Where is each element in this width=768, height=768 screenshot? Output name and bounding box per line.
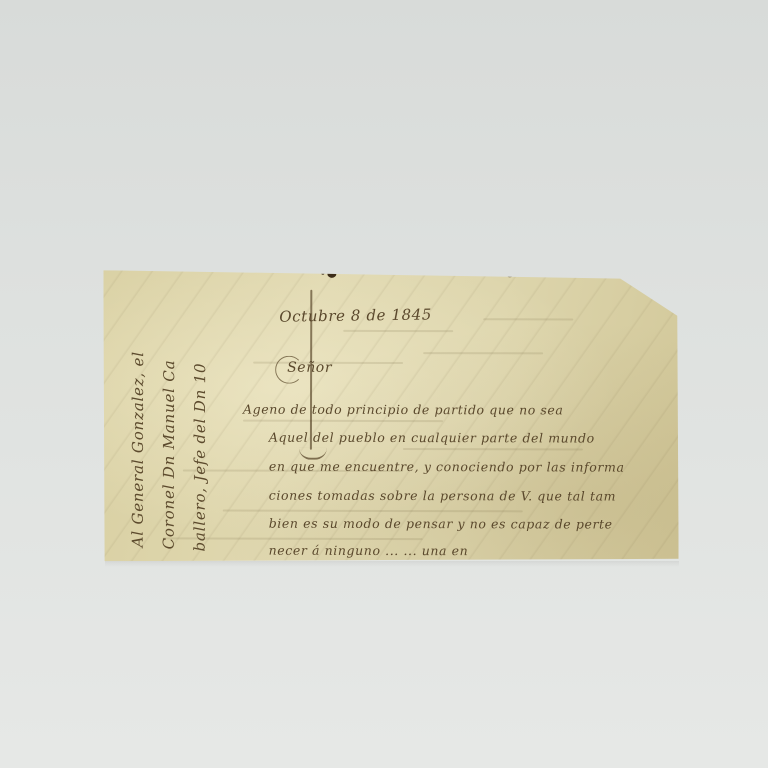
margin-note-line-2: Coronel Dn Manuel Ca xyxy=(160,360,178,550)
ink-stain xyxy=(506,271,513,277)
margin-note-line-1: Al General Gonzalez, el xyxy=(129,351,148,547)
bleed-through-line xyxy=(423,352,543,354)
photograph: Al General Gonzalez, el Coronel Dn Manue… xyxy=(0,0,768,768)
letter-body-line: Aquel del pueblo en cualquier parte del … xyxy=(269,430,595,446)
letter-body-line: bien es su modo de pensar y no es capaz … xyxy=(269,516,613,532)
letter-body-line: necer á ninguno ... ... una en xyxy=(269,543,469,559)
letter-body-line: en que me encuentre, y conociendo por la… xyxy=(269,459,625,475)
letter-date: Octubre 8 de 1845 xyxy=(279,305,432,325)
letter-salutation: Señor xyxy=(287,360,332,376)
margin-note-line-3: ballero, Jefe del Dn 10 xyxy=(191,363,209,552)
letter-body-line: Ageno de todo principio de partido que n… xyxy=(243,402,564,418)
bleed-through-line xyxy=(343,330,453,332)
handwritten-letter: Al General Gonzalez, el Coronel Dn Manue… xyxy=(103,269,680,563)
ink-stain xyxy=(321,272,324,275)
paper-shadow xyxy=(105,561,679,567)
bleed-through-line xyxy=(483,318,573,320)
ink-stain xyxy=(327,270,336,278)
letter-body-line: ciones tomadas sobre la persona de V. qu… xyxy=(269,488,616,504)
